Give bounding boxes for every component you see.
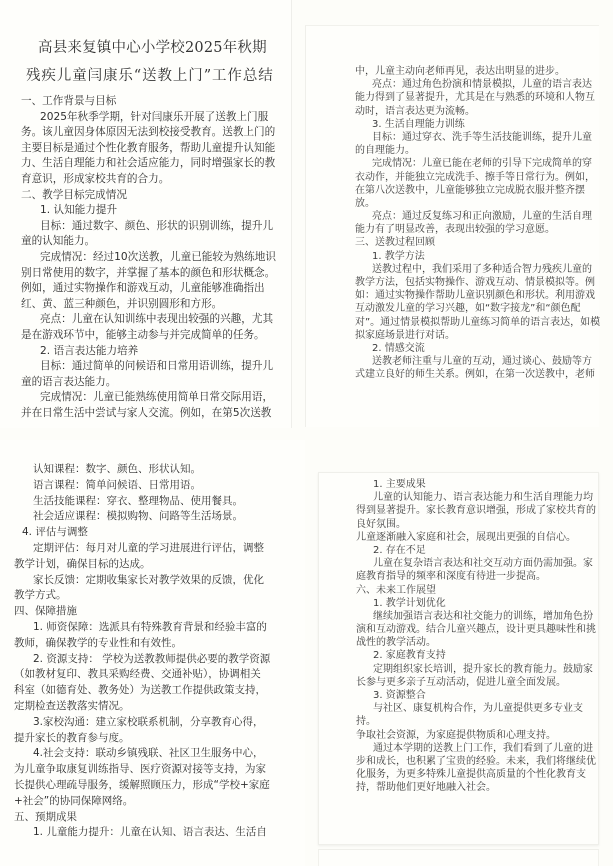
text-line: 放。	[355, 197, 600, 210]
text-line: 4. 评估与调整	[14, 525, 270, 541]
text-line: 2. 家庭教育支持	[356, 649, 596, 662]
page-2-body: 中，儿童主动向老师再见，表达出明显的进步。亮点：通过角色扮演和情景模拟，儿童的语…	[355, 65, 600, 382]
text-line: 育意识，形成家校共育的合力。	[21, 172, 276, 188]
text-line: 2. 存在不足	[356, 544, 596, 557]
text-line: 持，帮助他们更好地融入社会。	[356, 781, 596, 794]
text-line: 完成情况：儿童已能熟练使用简单日常交际用语，	[21, 390, 276, 406]
text-line: 争取社会资源，为家庭提供物质和心理支持。	[356, 729, 596, 742]
text-line: 长参与更多亲子互动活动，促进儿童全面发展。	[356, 676, 596, 689]
text-line: 3.家校沟通：建立家校联系机制，分享教育心得，	[14, 715, 270, 731]
text-line: 动时，语言表达更为流畅。	[355, 105, 600, 118]
text-line: 红、黄、蓝三种颜色，并识别圆形和方形。	[21, 297, 276, 313]
text-line: 教学方式。	[14, 588, 270, 604]
text-line: 是在游戏环节中，能够主动参与并完成简单的任务。	[21, 328, 276, 344]
text-line: 庭教育指导的频率和深度有待进一步提高。	[356, 570, 596, 583]
text-line: 1. 儿童能力提升：儿童在认知、语言表达、生活自	[14, 825, 270, 841]
text-line: 科室（如德育处、教务处）为送教工作提供政策支持，	[14, 683, 270, 699]
text-line: 1. 认知能力提升	[21, 203, 276, 219]
text-line: 拟家庭场景进行对话。	[355, 329, 600, 342]
text-line: 3. 生活自理能力训练	[355, 118, 600, 131]
text-line: 能力得到了显著提升，尤其是在与熟悉的环境和人物互	[355, 91, 600, 104]
text-line: 生活技能课程：穿衣、整理物品、使用餐具。	[14, 494, 270, 510]
text-line: 完成情况：儿童已能在老师的引导下完成简单的穿	[355, 157, 600, 170]
text-line: 为儿童争取康复训练指导、医疗资源对接等支持，为家	[14, 762, 270, 778]
document-page-1: 高县来复镇中心小学校2025年秋期 残疾儿童闫康乐“送教上门”工作总结 一、工作…	[0, 0, 292, 428]
text-line: 在第八次送教中，儿童能够独立完成脱衣服并整齐摆	[355, 184, 600, 197]
document-title-line-2: 残疾儿童闫康乐“送教上门”工作总结	[26, 64, 274, 85]
document-page-4: 1. 主要成果儿童的认知能力、语言表达能力和生活自理能力均得到显著提升。家长教育…	[318, 472, 599, 845]
text-line: 务。该儿童因身体原因无法到校接受教育。送教上门的	[21, 125, 276, 141]
text-line: 一、工作背景与目标	[21, 94, 276, 110]
document-page-2: 中，儿童主动向老师再见，表达出明显的进步。亮点：通过角色扮演和情景模拟，儿童的语…	[305, 25, 599, 427]
text-line: 提升家长的教育参与度。	[14, 731, 270, 747]
text-line: 中，儿童主动向老师再见，表达出明显的进步。	[355, 65, 600, 78]
document-title-line-1: 高县来复镇中心小学校2025年秋期	[38, 36, 267, 57]
text-line: 互动激发儿童的学习兴趣，如“数字接龙”和“颜色配	[355, 302, 600, 315]
page-3-body: 认知课程：数字、颜色、形状认知。语言课程：简单问候语、日常用语。生活技能课程：穿…	[14, 462, 270, 841]
text-line: 例如，通过实物操作和游戏互动，儿童能够准确指出	[21, 281, 276, 297]
text-line: 定期评估：每月对儿童的学习进展进行评估，调整	[14, 541, 270, 557]
text-line: 目标：通过穿衣、洗手等生活技能训练，提升儿童	[355, 131, 600, 144]
text-line: 二、教学目标完成情况	[21, 188, 276, 204]
text-line: （如教材复印、教具采购经费、交通补贴），协调相关	[14, 667, 270, 683]
text-line: 亮点：儿童在认知训练中表现出较强的兴趣，尤其	[21, 312, 276, 328]
text-line: 认知课程：数字、颜色、形状认知。	[14, 462, 270, 478]
text-line: 社会适应课程：模拟购物、问路等生活场景。	[14, 509, 270, 525]
text-line: 童的语言表达能力。	[21, 375, 276, 391]
text-line: 能力有了明显改善，表现出较强的学习意愿。	[355, 223, 600, 236]
text-line: 亮点：通过反复练习和正向激励，儿童的生活自理	[355, 210, 600, 223]
text-line: 家长反馈：定期收集家长对教学效果的反馈，优化	[14, 573, 270, 589]
text-line: 1. 主要成果	[356, 478, 596, 491]
text-line: 2. 语言表达能力培养	[21, 344, 276, 360]
text-line: 力、生活自理能力和社会适应能力，同时增强家长的教	[21, 156, 276, 172]
text-line: 六、未来工作展望	[356, 584, 596, 597]
page-1-body: 一、工作背景与目标2025年秋季学期，针对闫康乐开展了送教上门服务。该儿童因身体…	[21, 94, 276, 421]
text-line: 演和互动游戏。结合儿童兴趣点，设计更具趣味性和挑	[356, 623, 596, 636]
text-line: 语言课程：简单问候语、日常用语。	[14, 478, 270, 494]
text-line: 定期检查送教落实情况。	[14, 699, 270, 715]
text-line: 衣动作，并能独立完成洗手、擦手等日常行为。例如，	[355, 171, 600, 184]
text-line: 别日常使用的数字，并掌握了基本的颜色和形状概念。	[21, 266, 276, 282]
text-line: 目标：通过数字、颜色、形状的识别训练，提升儿	[21, 219, 276, 235]
page-4-body: 1. 主要成果儿童的认知能力、语言表达能力和生活自理能力均得到显著提升。家长教育…	[356, 478, 596, 795]
text-line: 三、送教过程回顾	[355, 236, 600, 249]
text-line: 2. 资源支持： 学校为送教教师提供必要的教学资源	[14, 652, 270, 668]
text-line: 定期组织家长培训，提升家长的教育能力。鼓励家	[356, 663, 596, 676]
text-line: 目标：通过简单的问候语和日常用语训练，提升儿	[21, 359, 276, 375]
text-line: +社会”的协同保障网络。	[14, 794, 270, 810]
text-line: 1. 师资保障：选派具有特殊教育背景和经验丰富的	[14, 620, 270, 636]
text-line: 儿童逐渐融入家庭和社会，展现出更强的自信心。	[356, 531, 596, 544]
text-line: 持。	[356, 715, 596, 728]
text-line: 4.社会支持：联动乡镇残联、社区卫生服务中心，	[14, 746, 270, 762]
text-line: 良好氛围。	[356, 518, 596, 531]
text-line: 四、保障措施	[14, 604, 270, 620]
text-line: 送教过程中，我们采用了多种适合智力残疾儿童的	[355, 263, 600, 276]
text-line: 儿童在复杂语言表达和社交互动方面仍需加强。家	[356, 557, 596, 570]
text-line: 对”。通过情景模拟帮助儿童练习简单的语言表达，如模	[355, 316, 600, 329]
text-line: 主要目标是通过个性化教育服务，帮助儿童提升认知能	[21, 141, 276, 157]
text-line: 五、预期成果	[14, 810, 270, 826]
document-page-5-edge	[318, 849, 599, 866]
text-line: 教学方法，包括实物操作、游戏互动、情景模拟等。例	[355, 276, 600, 289]
text-line: 3. 资源整合	[356, 689, 596, 702]
text-line: 童的认知能力。	[21, 234, 276, 250]
text-line: 步和成长，也积累了宝贵的经验。未来，我们将继续优	[356, 755, 596, 768]
text-line: 如：通过实物操作帮助儿童识别颜色和形状。利用游戏	[355, 289, 600, 302]
text-line: 的自理能力。	[355, 144, 600, 157]
text-line: 战性的教学活动。	[356, 636, 596, 649]
text-line: 与社区、康复机构合作，为儿童提供更多专业支	[356, 702, 596, 715]
text-line: 并在日常生活中尝试与家人交流。例如，在第5次送教	[21, 406, 276, 422]
text-line: 长提供心理疏导服务，缓解照顾压力，形成“学校+家庭	[14, 778, 270, 794]
text-line: 2. 情感交流	[355, 342, 600, 355]
text-line: 1. 教学方法	[355, 250, 600, 263]
text-line: 1. 教学计划优化	[356, 597, 596, 610]
text-line: 式建立良好的师生关系。例如，在第一次送教中，老师	[355, 368, 600, 381]
text-line: 得到显著提升。家长教育意识增强，形成了家校共育的	[356, 504, 596, 517]
text-line: 儿童的认知能力、语言表达能力和生活自理能力均	[356, 491, 596, 504]
text-line: 化服务，为更多特殊儿童提供高质量的个性化教育支	[356, 768, 596, 781]
document-page-3: 认知课程：数字、颜色、形状认知。语言课程：简单问候语、日常用语。生活技能课程：穿…	[0, 440, 305, 866]
text-line: 继续加强语言表达和社交能力的训练，增加角色扮	[356, 610, 596, 623]
text-line: 送教老师注重与儿童的互动，通过谈心、鼓励等方	[355, 355, 600, 368]
text-line: 完成情况：经过10次送教，儿童已能较为熟练地识	[21, 250, 276, 266]
text-line: 亮点：通过角色扮演和情景模拟，儿童的语言表达	[355, 78, 600, 91]
text-line: 教学计划，确保目标的达成。	[14, 557, 270, 573]
text-line: 通过本学期的送教上门工作，我们看到了儿童的进	[356, 742, 596, 755]
text-line: 2025年秋季学期，针对闫康乐开展了送教上门服	[21, 110, 276, 126]
text-line: 教师，确保教学的专业性和有效性。	[14, 636, 270, 652]
